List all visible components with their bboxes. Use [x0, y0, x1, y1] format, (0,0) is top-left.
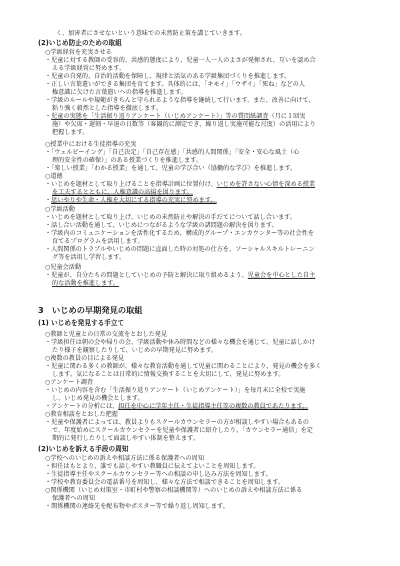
sub-heading: (2)いじめを訴える手段の周知	[38, 445, 129, 453]
moral-underlined-text-3: 思いやりや生命・人権を大切にする指導の充実に努めます。	[51, 197, 216, 204]
text-line: ・「楽しい授業」「わかる授業」を通して、児童の学び合い（協働的な学び）を推進しま…	[45, 165, 296, 173]
text-line: 保護者への周知	[52, 495, 95, 503]
text-line: える学級経営に努めます。	[52, 65, 125, 73]
text-line: 理的安全性の確保）」のある授業づくりを推進します。	[52, 157, 202, 165]
moral-underlined-text-2: を工夫するとともに、人権意識の高揚を図ります。	[52, 189, 193, 196]
council-bullet-line-1: ・児童が、自分たちの問題としていじめの予防と解決に取り組めるよう、児童会を中心と…	[45, 272, 315, 280]
text-line: ・関係機関の連絡先を配布物やポスター等で繰り返し周知します。	[45, 503, 229, 511]
moral-bullet-line-3: ・思いやりや生命・人権を大切にする指導の充実に努めます。	[45, 197, 217, 205]
section-3-sub-heading-1: (1) いじめを発見する手立て	[38, 319, 124, 327]
text-line: 権意識に欠けた言葉遣いへの指導を推進します。	[52, 89, 187, 97]
text-line: ○教師と児童との日常の交流をとおした発見	[45, 331, 167, 339]
text-line: たり様子を観察したりして、いじめの早期発見に努めます。	[52, 347, 217, 355]
survey-underlined-text: 児童の実態を「生活振り返りアンケート（いじめアンケート）」等の質問紙調査	[51, 113, 268, 120]
text-line: ・学校や教育委員会の電話番号を周知し、様々な方法で相談できることを周知します。	[45, 479, 284, 487]
text-line: ・担任はもとより、誰でも話しやすい教職員に伝えてよいことを周知します。	[45, 463, 260, 471]
text-line: ・児童に対する教師の受容的、共感的態度により、児童一人一人のよさが発揮され、互い…	[45, 57, 316, 65]
council-bullet-line-2: 的な活動を推進します。	[52, 280, 119, 288]
text-line: ○複数の教員の目による発見	[45, 355, 124, 363]
text-line: ○学級経営を充実させる	[45, 49, 112, 57]
survey-bullet-line-1: ・児童の実態を「生活振り返りアンケート（いじめアンケート）」等の質問紙調査（月に…	[45, 113, 305, 121]
text-line: ・学級内のコミュニケーションを活性化するため、構成的グループ・エンカウンター等の…	[45, 230, 314, 238]
text-line: ○児童会活動	[45, 264, 81, 272]
text-line: ・人間関係のトラブルやいじめの問題に直面した時の対処の仕方を、ソーシャルスキルト…	[45, 246, 315, 254]
text-line: く、加害者にさせないという意味での未然防止策を講じていきます。	[56, 30, 246, 38]
text-line: ○学校へのいじめの訴えや相談方法に係る保護者への周知	[45, 455, 204, 463]
document-page: く、加害者にさせないという意味での未然防止策を講じていきます。(2)いじめ防止の…	[0, 0, 400, 566]
moral-underlined-text-1: いじめを許さない心情を深める授業	[217, 181, 315, 188]
text-line: ・生徒指導主任やスクールカウンセラー等への相談の申し込み方法を周知します。	[45, 471, 272, 479]
text-line: ・学級のルールや規範がきちんと守られるような指導を継続して行います。また、改善に…	[45, 97, 315, 105]
survey-bullet-line-2: 施）や欠席・遅刻・早退の日数等（客観的に測定でき、繰り返し実施可能な尺度）の活用…	[52, 121, 316, 129]
text-line: で、年度始めにスクールカウンセラーを児童や保護者に紹介したり、「カウンセラー通信…	[52, 427, 313, 435]
text-line: 育てるプログラムを活用します。	[52, 238, 144, 246]
text-line: ○アンケート調査	[45, 379, 93, 387]
text-line: ○関係機関（いじめ対策室・市町村や警察の相談機関等）へのいじめの訴えや相談方法に…	[45, 487, 302, 495]
text-line: ・いじめの内容を含む「生活振り返りアンケート（いじめアンケート）」を毎月末に全校…	[45, 387, 305, 395]
text-line: します。気になることは日常的に情報交換することを大切にして、発見に努めます。	[52, 371, 284, 379]
text-line: ○道徳	[45, 173, 63, 181]
council-underlined-text-1: 児童会を中心とした自主	[248, 272, 316, 279]
text-line: し、いじめ発見の機会とします。	[52, 395, 144, 403]
section-3-heading: 3 いじめの早期発見の取組	[38, 305, 143, 315]
survey-analysis-line: ・アンケートの分析には、担任を中心に学年主任・生徒指導主任等の複数の教員であたり…	[45, 403, 308, 411]
text-line: ・児童や保護者によっては、教員よりもスクールカウンセラーの方が相談しやすい場合も…	[45, 419, 309, 427]
text-line: グ等を活用し学習します。	[52, 254, 125, 262]
text-line: ・児童に関わる多くの教師が、様々な教育活動を通して児童に関わることにより、発見の…	[45, 363, 321, 371]
survey-bullet-line-3: 把握します。	[52, 129, 88, 137]
text-line: ・学級担任は朝の会や帰りの会、学級活動や休み時間などの様々な機会を通じて、児童に…	[45, 339, 315, 347]
text-line: ・話し合い活動を通して、いじめにつながるような学級の諸問題の解決を図ります。	[45, 222, 278, 230]
moral-bullet-line-2: を工夫するとともに、人権意識の高揚を図ります。	[52, 189, 193, 197]
text-line: ○授業中における生徒指導の充実	[45, 141, 136, 149]
council-underlined-text-2: 的な活動を推進します。	[52, 280, 119, 287]
text-line: ・児童の自発的、自治的活動を保障し、規律と活気のある学級集団づくりを推進します。	[45, 73, 290, 81]
text-line: ○教育相談をとおした把握	[45, 411, 118, 419]
moral-bullet-line-1: ・いじめを題材として取り上げることを指導計画に位置付け、いじめを許さない心情を深…	[45, 181, 315, 189]
text-line: ・「ウェルビーイング」「自己決定」「自己存在感」「共感的人間関係」「安全・安心な…	[45, 149, 299, 157]
sub-heading: (2)いじめ防止のための取組	[38, 39, 122, 47]
text-line: ・正しい言葉遣いができる集団を育てます。具体的には、「キモイ」「ウザイ」「死ね」…	[45, 81, 305, 89]
text-line: 粘り強く毅然とした指導を徹底します。	[52, 105, 162, 113]
survey-analysis-underlined: 担任を中心に学年主任・生徒指導主任等の複数の教員であたります。	[118, 403, 308, 410]
text-line: 期的に発行したりして面談しやすい体制を整えます。	[52, 435, 199, 443]
text-line: ○学級活動	[45, 206, 75, 214]
text-line: ・いじめを題材として取り上げ、いじめの未然防止や解決の手だてについて話し合います…	[45, 214, 296, 222]
